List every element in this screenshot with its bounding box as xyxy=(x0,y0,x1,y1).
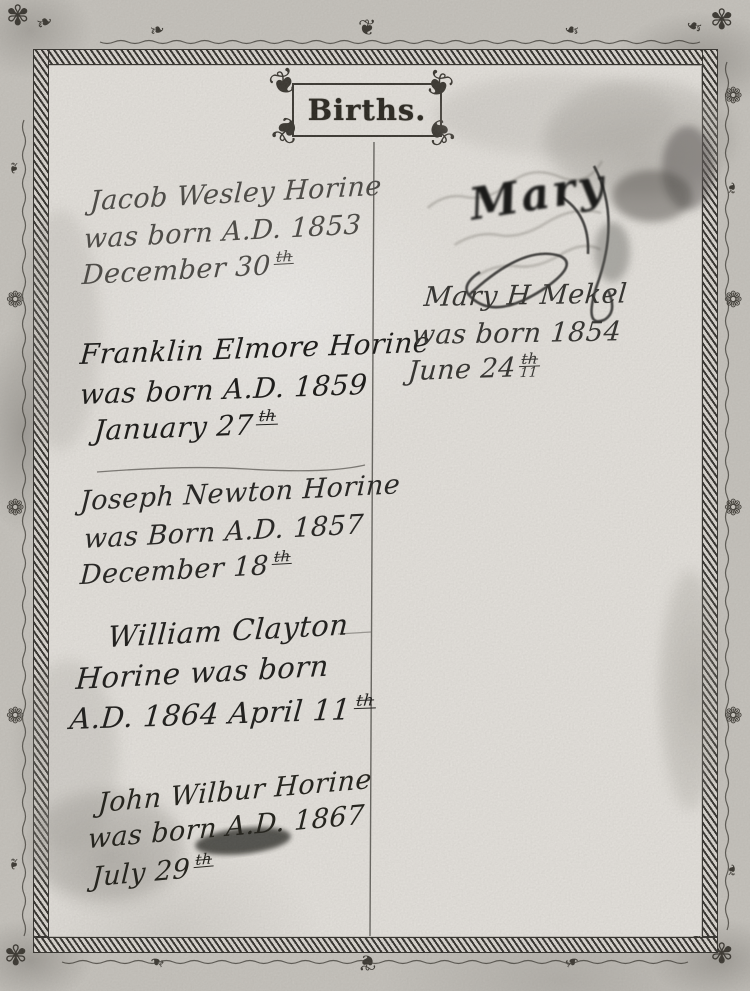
border-scroll-icon: ❧ xyxy=(725,181,741,194)
ordinal-suffix: th xyxy=(193,851,214,868)
entry-line: Mary H Mekel xyxy=(423,278,629,313)
corner-scroll-icon: ❧ xyxy=(33,9,57,34)
border-scroll-icon: ❧ xyxy=(6,161,22,174)
entry-line: was born 1854 xyxy=(411,316,623,351)
border-braid-right xyxy=(702,49,718,937)
ordinal-sub: 11 xyxy=(519,367,538,380)
border-center-ornament-icon: ❦ xyxy=(358,18,376,40)
border-medallion-icon: ❁ xyxy=(724,498,742,520)
corner-scroll-icon: ❧ xyxy=(683,13,707,38)
border-scroll-icon: ❧ xyxy=(562,950,581,971)
border-scroll-icon: ❧ xyxy=(148,950,167,971)
border-center-ornament-icon: ❦ xyxy=(358,950,376,972)
entry-text: January 27 xyxy=(93,408,255,447)
border-medallion-icon: ❁ xyxy=(6,498,24,520)
border-medallion-icon: ❁ xyxy=(724,706,742,728)
border-braid-left xyxy=(33,49,49,937)
corner-rosette-icon: ✾ xyxy=(6,2,29,30)
border-scroll-icon: ❧ xyxy=(725,863,741,876)
corner-rosette-icon: ✾ xyxy=(710,6,733,34)
border-braid-bottom xyxy=(33,937,718,953)
border-medallion-icon: ❁ xyxy=(724,290,742,312)
page-title: Births. xyxy=(308,93,427,127)
border-medallion-icon: ❁ xyxy=(724,86,742,108)
border-medallion-icon: ❁ xyxy=(6,706,24,728)
ordinal-suffix: th xyxy=(274,249,295,265)
entry-line: January 27th xyxy=(93,408,279,448)
ordinal-suffix: th xyxy=(272,549,293,565)
border-scroll-icon: ❧ xyxy=(6,857,22,870)
ordinal-suffix: th xyxy=(354,692,377,709)
ordinal-suffix: th xyxy=(256,409,278,425)
entry-text: Mary H Mekel xyxy=(423,278,629,313)
entry-text: June 24 xyxy=(407,352,517,387)
entry-text: was born 1854 xyxy=(411,316,623,351)
scanned-bible-births-page: ✾ ✾ ✾ ✾ ❧ ❧ ❧ ❧ ❧ ❦ ❧ ❧ ❦ ❧ ❧ ❁ ❁ ❁ ❧ ❁ … xyxy=(0,0,750,991)
border-medallion-icon: ❁ xyxy=(6,290,24,312)
border-braid-top xyxy=(33,49,718,65)
corner-rosette-icon: ✾ xyxy=(4,942,27,970)
entry-line: June 24th11 xyxy=(407,351,541,387)
border-scroll-icon: ❧ xyxy=(562,20,581,41)
border-scroll-icon: ❧ xyxy=(148,20,167,41)
